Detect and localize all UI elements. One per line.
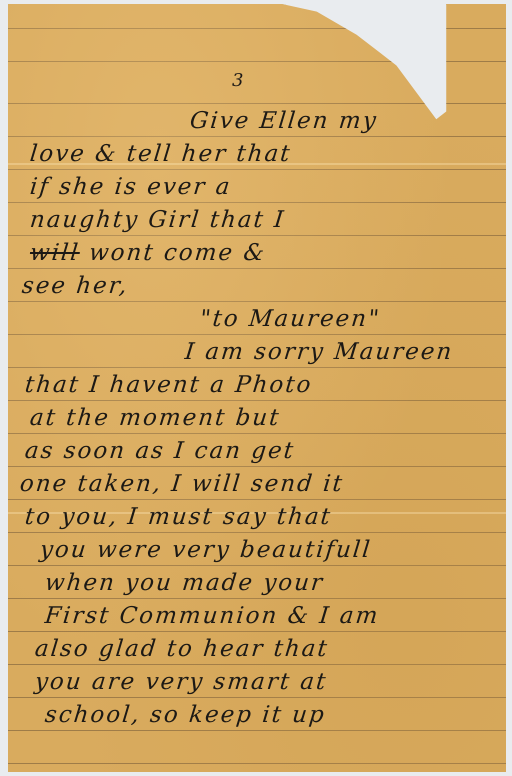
letter-line: naughty Girl that I [29, 207, 287, 233]
letter-line: Give Ellen my [189, 108, 379, 134]
letter-line: will wont come & [29, 240, 268, 266]
letter-line: if she is ever a [29, 174, 233, 200]
letter-line: also glad to hear that [34, 636, 330, 662]
letter-line: when you made your [44, 570, 326, 596]
letter-line: see her, [21, 273, 130, 299]
letter-line: school, so keep it up [44, 702, 328, 728]
letter-line: you are very smart at [34, 669, 329, 695]
letter-line: I am sorry Maureen [184, 339, 455, 365]
page-number: 3 [232, 70, 243, 91]
letter-line: that I havent a Photo [24, 372, 314, 398]
letter-line: one taken, I will send it [19, 471, 346, 497]
letter-line: to you, I must say that [24, 504, 334, 530]
letter-line: you were very beautifull [39, 537, 373, 563]
letter-line: at the moment but [29, 405, 282, 431]
letter-line: First Communion & I am [44, 603, 381, 629]
struck-word: will [29, 240, 81, 266]
letter-line: as soon as I can get [24, 438, 297, 464]
line-text: wont come & [78, 240, 267, 266]
letter-line: love & tell her that [29, 141, 293, 167]
letter-heading: "to Maureen" [199, 306, 382, 332]
